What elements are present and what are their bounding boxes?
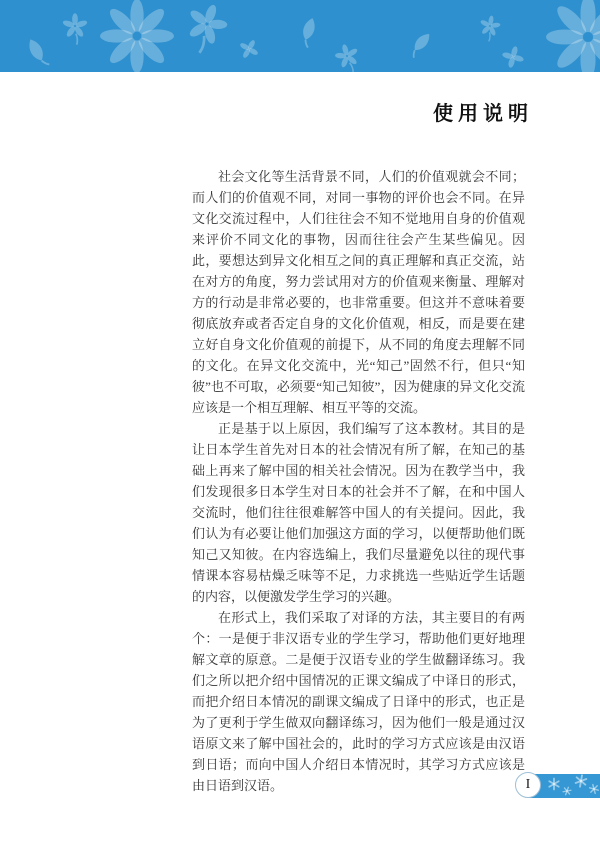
page-number: I <box>526 777 531 793</box>
paragraph-2: 正是基于以上原因，我们编写了这本教材。其目的是让日本学生首先对日本的社会情况有所… <box>192 418 525 607</box>
snowflake-icon <box>549 779 558 790</box>
book-page: 使用说明 社会文化等生活背景不同，人们的价值观就会不同；而人们的价值观不同，对同… <box>0 0 600 842</box>
leaf-icon <box>298 17 317 48</box>
page-number-tab: I <box>518 774 600 798</box>
five-petal-flower-icon <box>62 13 88 44</box>
leaf-icon <box>25 37 49 70</box>
daisy-flower-icon <box>100 0 174 72</box>
snowflake-icon <box>575 774 587 787</box>
body-text: 社会文化等生活背景不同，人们的价值观就会不同；而人们的价值观不同，对同一事物的评… <box>192 166 525 796</box>
four-petal-flower-icon <box>235 35 262 62</box>
paragraph-1: 社会文化等生活背景不同，人们的价值观就会不同；而人们的价值观不同，对同一事物的评… <box>192 166 525 418</box>
page-number-badge: I <box>515 772 541 798</box>
header-band <box>0 0 600 72</box>
paragraph-3: 在形式上，我们采取了对译的方法，其主要目的有两个：一是便于非汉语专业的学生学习，… <box>192 607 525 796</box>
snowflake-icon <box>589 784 599 795</box>
header-flower-decorations <box>0 0 600 72</box>
daisy-flower-icon <box>546 0 600 72</box>
snowflake-icon <box>562 786 571 796</box>
page-title: 使用说明 <box>433 97 533 126</box>
five-petal-flower-icon <box>477 14 503 43</box>
five-petal-flower-icon <box>332 41 363 72</box>
five-petal-flower-icon <box>177 0 233 59</box>
leaf-icon <box>407 31 433 59</box>
four-petal-flower-icon <box>500 44 527 71</box>
